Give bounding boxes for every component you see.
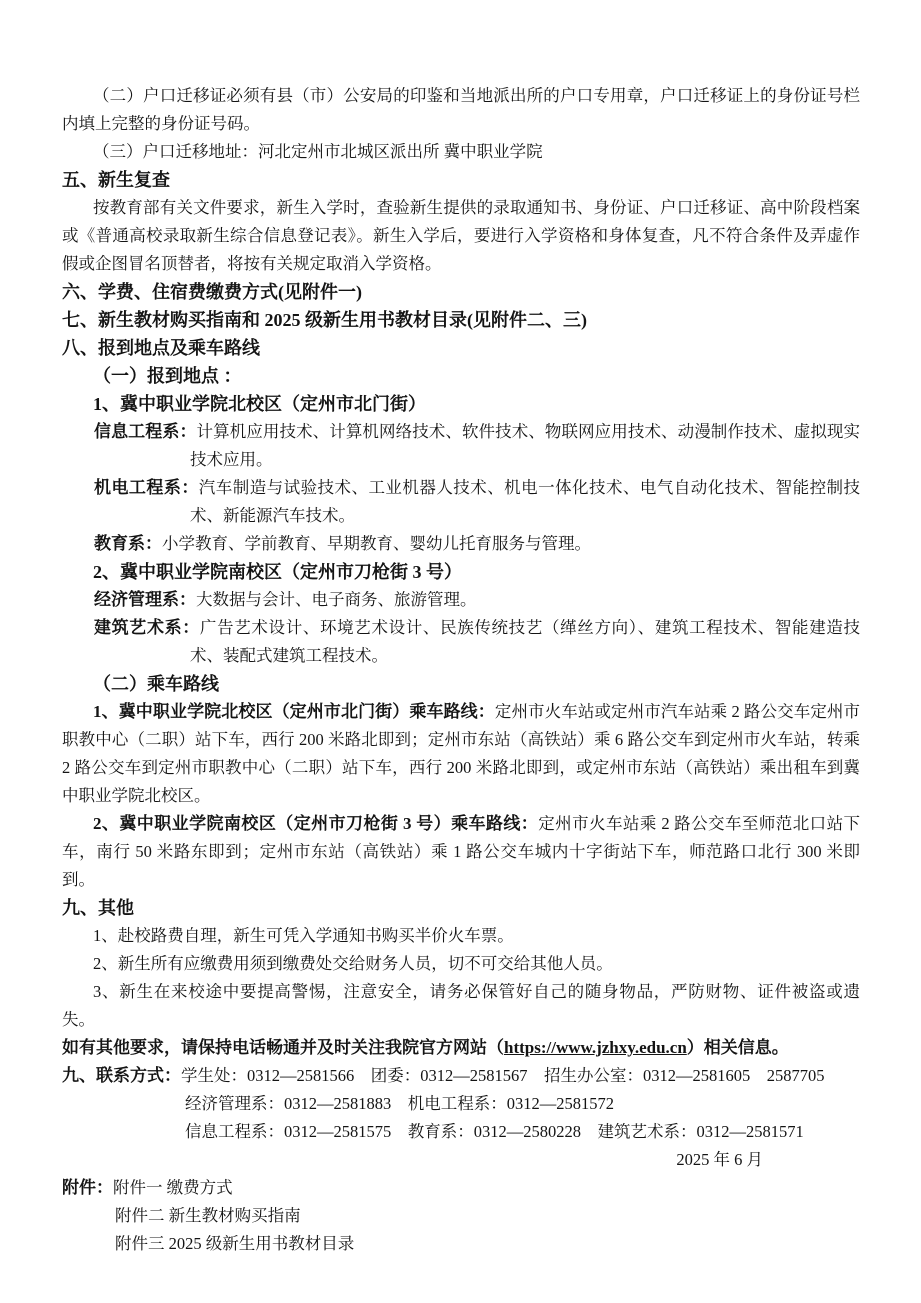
attachment-line-2: 附件二 新生教材购买指南 — [62, 1202, 860, 1230]
website-link[interactable]: https://www.jzhxy.edu.cn — [504, 1038, 687, 1057]
heading-fees: 六、学费、住宿费缴费方式(见附件一) — [62, 278, 860, 306]
notice-suffix: ）相关信息。 — [687, 1038, 789, 1057]
dept-architecture-art: 建筑艺术系：广告艺术设计、环境艺术设计、民族传统技艺（缂丝方向）、建筑工程技术、… — [62, 614, 860, 670]
dept-info-engineering: 信息工程系：计算机应用技术、计算机网络技术、软件技术、物联网应用技术、动漫制作技… — [62, 418, 860, 474]
route-north-campus: 1、冀中职业学院北校区（定州市北门街）乘车路线：定州市火车站或定州市汽车站乘 2… — [62, 698, 860, 810]
heading-textbooks: 七、新生教材购买指南和 2025 级新生用书教材目录(见附件二、三) — [62, 306, 860, 334]
website-notice: 如有其他要求，请保持电话畅通并及时关注我院官方网站（https://www.jz… — [62, 1034, 860, 1062]
dept-majors: 小学教育、学前教育、早期教育、婴幼儿托育服务与管理。 — [162, 534, 591, 553]
contact-line-3: 信息工程系：0312—2581575 教育系：0312—2580228 建筑艺术… — [62, 1118, 860, 1146]
heading-other: 九、其他 — [62, 894, 860, 922]
document-date: 2025 年 6 月 — [62, 1146, 860, 1174]
subheading-south-campus: 2、冀中职业学院南校区（定州市刀枪街 3 号） — [62, 558, 860, 586]
dept-mech-engineering: 机电工程系：汽车制造与试验技术、工业机器人技术、机电一体化技术、电气自动化技术、… — [62, 474, 860, 530]
contact-line-1: 九、联系方式：学生处：0312—2581566 团委：0312—2581567 … — [62, 1062, 860, 1090]
contact-line-2: 经济管理系：0312—2581883 机电工程系：0312—2581572 — [62, 1090, 860, 1118]
heading-report-location: 八、报到地点及乘车路线 — [62, 334, 860, 362]
other-item-1: 1、赴校路费自理，新生可凭入学通知书购买半价火车票。 — [62, 922, 860, 950]
subheading-report-place: （一）报到地点 ： — [62, 362, 860, 390]
subheading-bus-routes: （二）乘车路线 — [62, 670, 860, 698]
document-page: （二）户口迁移证必须有县（市）公安局的印鉴和当地派出所的户口专用章，户口迁移证上… — [0, 0, 921, 1303]
heading-freshman-review: 五、新生复查 — [62, 166, 860, 194]
route-south-campus: 2、冀中职业学院南校区（定州市刀枪街 3 号）乘车路线：定州市火车站乘 2 路公… — [62, 810, 860, 894]
dept-label: 经济管理系： — [94, 590, 196, 609]
notice-prefix: 如有其他要求，请保持电话畅通并及时关注我院官方网站（ — [62, 1038, 504, 1057]
contact-label: 九、联系方式： — [62, 1066, 181, 1085]
dept-label: 建筑艺术系： — [94, 618, 200, 637]
route-lead: 1、冀中职业学院北校区（定州市北门街）乘车路线： — [93, 702, 495, 721]
other-item-2: 2、新生所有应缴费用须到缴费处交给财务人员，切不可交给其他人员。 — [62, 950, 860, 978]
dept-majors: 广告艺术设计、环境艺术设计、民族传统技艺（缂丝方向）、建筑工程技术、智能建造技术… — [190, 618, 860, 665]
para-review: 按教育部有关文件要求，新生入学时，查验新生提供的录取通知书、身份证、户口迁移证、… — [62, 194, 860, 278]
subheading-north-campus: 1、冀中职业学院北校区（定州市北门街） — [62, 390, 860, 418]
contact-phones: 学生处：0312—2581566 团委：0312—2581567 招生办公室：0… — [181, 1066, 825, 1085]
attachment-line-3: 附件三 2025 级新生用书教材目录 — [62, 1230, 860, 1258]
dept-economics: 经济管理系：大数据与会计、电子商务、旅游管理。 — [62, 586, 860, 614]
attachments-label: 附件： — [62, 1178, 113, 1197]
para-hukou-seal: （二）户口迁移证必须有县（市）公安局的印鉴和当地派出所的户口专用章，户口迁移证上… — [62, 82, 860, 138]
dept-label: 教育系： — [94, 534, 162, 553]
attachment-line-1: 附件：附件一 缴费方式 — [62, 1174, 860, 1202]
route-lead: 2、冀中职业学院南校区（定州市刀枪街 3 号）乘车路线： — [93, 814, 538, 833]
dept-majors: 大数据与会计、电子商务、旅游管理。 — [196, 590, 477, 609]
dept-label: 机电工程系： — [94, 478, 199, 497]
attachment-item: 附件一 缴费方式 — [113, 1178, 233, 1197]
dept-label: 信息工程系： — [94, 422, 197, 441]
dept-majors: 计算机应用技术、计算机网络技术、软件技术、物联网应用技术、动漫制作技术、虚拟现实… — [190, 422, 860, 469]
para-hukou-address: （三）户口迁移地址：河北定州市北城区派出所 冀中职业学院 — [62, 138, 860, 166]
other-item-3: 3、新生在来校途中要提高警惕，注意安全，请务必保管好自己的随身物品，严防财物、证… — [62, 978, 860, 1034]
dept-education: 教育系：小学教育、学前教育、早期教育、婴幼儿托育服务与管理。 — [62, 530, 860, 558]
dept-majors: 汽车制造与试验技术、工业机器人技术、机电一体化技术、电气自动化技术、智能控制技术… — [190, 478, 860, 525]
